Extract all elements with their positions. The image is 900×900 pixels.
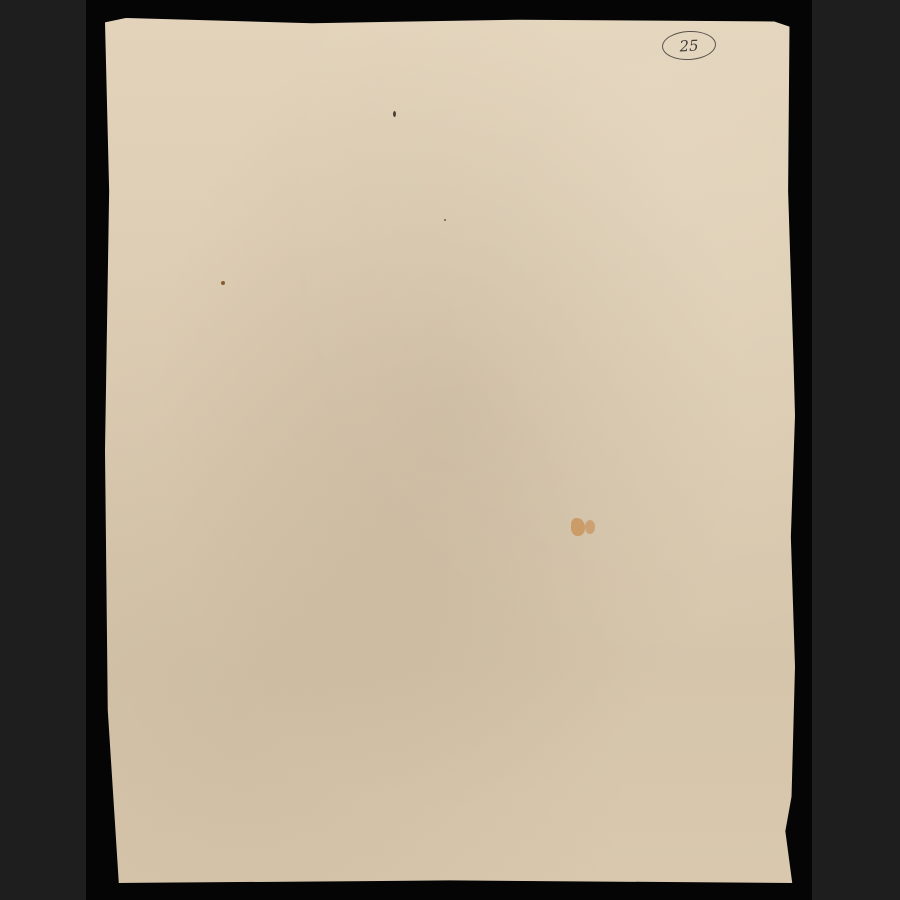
- speck-mark: [444, 219, 446, 221]
- speck-mark: [393, 111, 396, 117]
- speck-mark: [221, 281, 225, 285]
- page-number-text: 25: [679, 36, 699, 55]
- paper-sheet: [105, 18, 795, 883]
- stain-mark: [585, 520, 595, 534]
- stain-mark: [571, 518, 585, 536]
